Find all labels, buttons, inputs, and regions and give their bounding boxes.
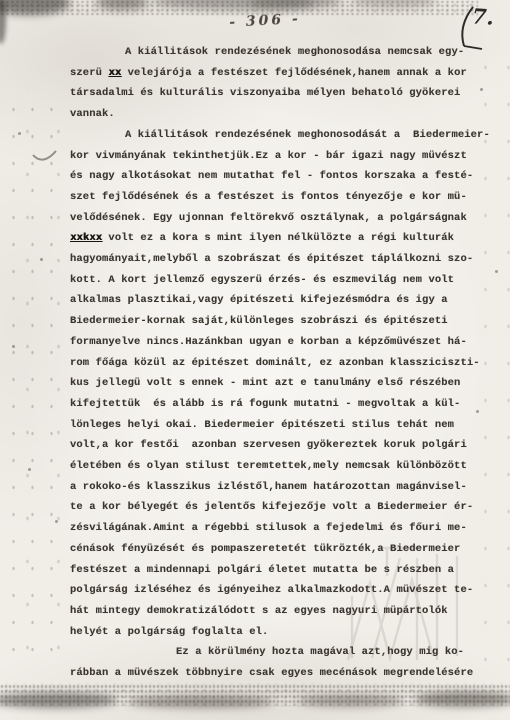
text-line: hagyományait,melyből a szobrászat és épi…	[70, 249, 480, 270]
text-line: rom főága közül az épitészet dominált, e…	[70, 353, 480, 374]
text-line: volt,a kor festői azonban szervesen gyök…	[70, 435, 480, 456]
speck	[12, 345, 15, 348]
overtyped-strikeout: xx	[108, 67, 121, 79]
speck	[18, 132, 21, 135]
text-line: Biedermeier-kornak saját,különleges szob…	[70, 311, 480, 332]
scanned-page: - 306 - 7. A kiállitások rendezésének me…	[0, 0, 510, 720]
smudge	[128, 696, 273, 708]
speck	[480, 88, 483, 91]
text-line: kor vivmányának tekinthetjük.Ez a kor - …	[70, 146, 480, 167]
text-line: alkalmas plasztikai,vagy épitészeti kife…	[70, 290, 480, 311]
text-line: és nagy alkotásokat nem mutathat fel - f…	[70, 166, 480, 187]
speck	[40, 258, 43, 261]
text-line: szerü xx velejárója a festészet fejlődés…	[70, 63, 480, 84]
watermark-stamp	[335, 536, 475, 670]
smudge	[415, 692, 510, 707]
smudge	[298, 695, 403, 707]
text-line: a rokoko-és klasszikus izléstől,hanem ha…	[70, 477, 480, 498]
text-line: kus jellegü volt s ennek - mint azt e ta…	[70, 373, 480, 394]
speck	[55, 520, 58, 523]
overtyped-strikeout: xxkxx	[70, 232, 102, 244]
speck	[476, 410, 479, 413]
text-line: formanyelve nincs.Hazánkban ugyan e korb…	[70, 332, 480, 353]
corner-page-number: 7.	[471, 3, 495, 29]
text-line: vannak.	[70, 104, 480, 125]
text-line: kott. A kort jellemző egyszerü érzés- és…	[70, 270, 480, 291]
left-margin-noise	[0, 90, 62, 670]
speck	[28, 468, 31, 471]
text-line: társadalmi és kulturális viszonyaiba mél…	[70, 83, 480, 104]
text-line: kifejtettük és alább is rá fogunk mutatn…	[70, 394, 480, 415]
right-margin-noise	[468, 40, 510, 670]
text-line: te a kor bélyegét és jelentős kifejezője…	[70, 497, 480, 518]
speck	[495, 270, 498, 273]
text-line: xxkxx volt ez a kora s mint ilyen nélkül…	[70, 228, 480, 249]
text-line: A kiállitások rendezésének meghonosodása…	[70, 42, 480, 63]
text-line: A kiállitások rendezésének meghonosodásá…	[70, 125, 480, 146]
text-line: lönleges helyi okai. Biedermeier épitész…	[70, 415, 480, 436]
text-line: életében és olyan stilust teremtettek,me…	[70, 456, 480, 477]
text-line: szet fejlődésének és a festészet is font…	[70, 187, 480, 208]
text-line: velődésének. Egy ujonnan feltörekvő oszt…	[70, 208, 480, 229]
